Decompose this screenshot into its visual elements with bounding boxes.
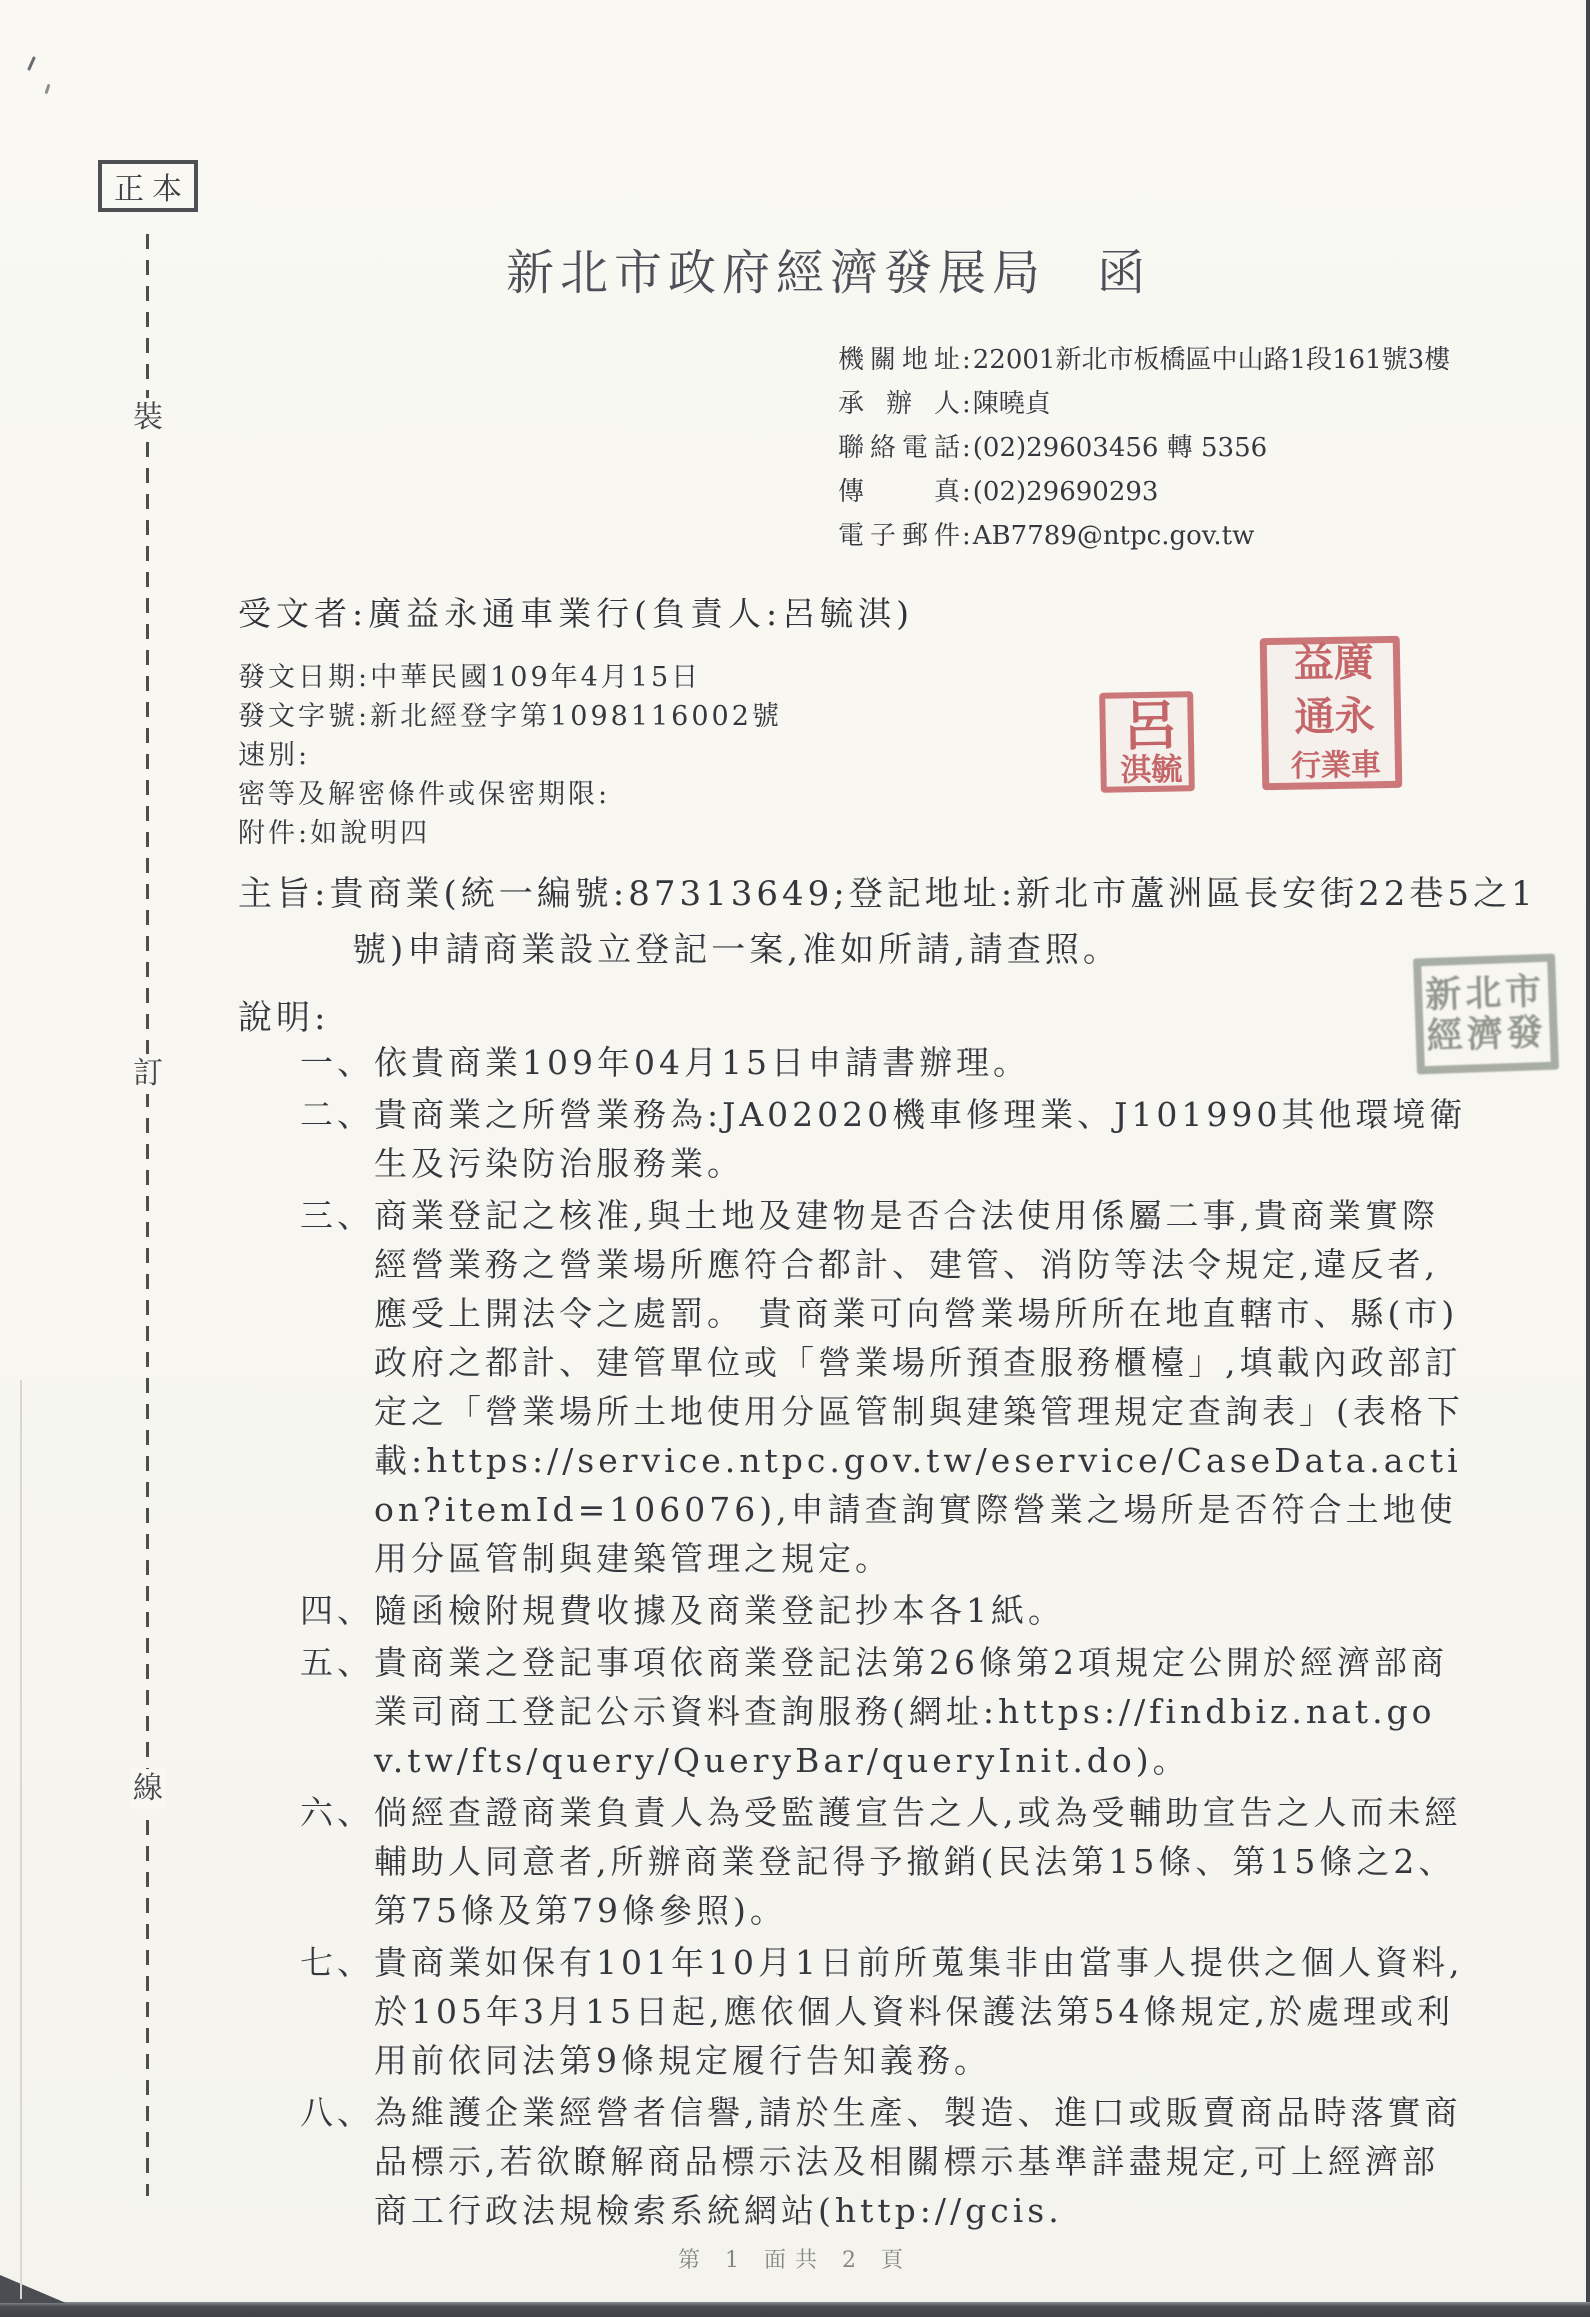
item-number: 二、 bbox=[300, 1095, 374, 1134]
explanation-item-5: 五、貴商業之登記事項依商業登記法第26條第2項規定公開於經濟部商業司商工登記公示… bbox=[300, 1638, 1468, 1785]
agency-email-value: AB7789@ntpc.gov.tw bbox=[973, 521, 1255, 551]
agency-phone-row: 聯絡電話:(02)29603456 轉 5356 bbox=[838, 426, 1450, 470]
explanation-label: 說明: bbox=[238, 990, 329, 1039]
explanation-item-3: 三、商業登記之核准,與土地及建物是否合法使用係屬二事,貴商業實際經營業務之營業場… bbox=[300, 1191, 1468, 1583]
agency-seal-row-top: 新北市 bbox=[1425, 971, 1546, 1017]
agency-title: 新北市政府經濟發展局 bbox=[506, 245, 1046, 301]
scan-edge-right bbox=[1586, 0, 1590, 2317]
scan-corner-bottom-left bbox=[0, 2275, 66, 2303]
item-number: 三、 bbox=[300, 1196, 374, 1235]
scan-edge-bottom bbox=[0, 2302, 1590, 2317]
explanation-item-6: 六、倘經查證商業負責人為受監護宣告之人,或為受輔助宣告之人而未經輔助人同意者,所… bbox=[300, 1788, 1468, 1935]
agency-fax-value: (02)29690293 bbox=[973, 477, 1159, 507]
item-number: 四、 bbox=[300, 1591, 374, 1630]
colon: : bbox=[962, 514, 971, 558]
colon: : bbox=[962, 470, 971, 514]
owner-seal-col-right: 呂 bbox=[1119, 696, 1174, 751]
agency-address-label: 機關地址 bbox=[838, 338, 960, 382]
issue-date-line: 發文日期:中華民國109年4月15日 bbox=[238, 658, 782, 697]
original-copy-label: 正本 bbox=[114, 164, 190, 208]
doc-number-line: 發文字號:新北經登字第1098116002號 bbox=[238, 697, 782, 736]
item-number: 五、 bbox=[300, 1643, 374, 1682]
agency-contact-value: 陳曉貞 bbox=[973, 389, 1051, 419]
scan-noise-mark bbox=[45, 84, 51, 94]
document-meta-block: 發文日期:中華民國109年4月15日 發文字號:新北經登字第1098116002… bbox=[238, 658, 782, 853]
explanation-item-8: 八、為維護企業經營者信譽,請於生產、製造、進口或販賣商品時落實商品標示,若欲瞭解… bbox=[300, 2088, 1468, 2235]
agency-email-label: 電子郵件 bbox=[838, 514, 960, 558]
item-number: 七、 bbox=[300, 1943, 374, 1982]
agency-email-row: 電子郵件:AB7789@ntpc.gov.tw bbox=[838, 514, 1450, 558]
subject-paragraph: 主旨:貴商業(統一編號:87313649;登記地址:新北市蘆洲區長安街22巷5之… bbox=[238, 866, 1552, 978]
colon: : bbox=[962, 338, 971, 382]
explanation-list: 一、依貴商業109年04月15日申請書辦理。 二、貴商業之所營業務為:JA020… bbox=[300, 1038, 1468, 2238]
explanation-item-7: 七、貴商業如保有101年10月1日前所蒐集非由當事人提供之個人資料,於105年3… bbox=[300, 1938, 1468, 2085]
agency-contact-row: 承辦人:陳曉貞 bbox=[838, 382, 1450, 426]
owner-seal-col-left: 毓淇 bbox=[1116, 752, 1179, 788]
explanation-item-2: 二、貴商業之所營業務為:JA02020機車修理業、J101990其他環境衛生及污… bbox=[300, 1090, 1468, 1188]
item-number: 六、 bbox=[300, 1793, 374, 1832]
colon: : bbox=[962, 382, 971, 426]
explanation-item-1: 一、依貴商業109年04月15日申請書辦理。 bbox=[300, 1038, 1468, 1087]
binding-dashed-line bbox=[146, 234, 149, 2196]
document-title-row: 新北市政府經濟發展局 函 bbox=[506, 234, 1145, 303]
colon: : bbox=[962, 426, 971, 470]
item-number: 一、 bbox=[300, 1043, 374, 1082]
agency-phone-label: 聯絡電話 bbox=[838, 426, 960, 470]
binding-mark-xian: 線 bbox=[130, 1769, 166, 1809]
item-text: 商業登記之核准,與土地及建物是否合法使用係屬二事,貴商業實際經營業務之營業場所應… bbox=[374, 1196, 1464, 1578]
scanned-letter-page: 正本 裝 訂 線 新北市政府經濟發展局 函 機關地址:22001新北市板橋區中山… bbox=[0, 0, 1590, 2317]
scan-noise-mark bbox=[27, 56, 36, 71]
item-text: 貴商業之所營業務為:JA02020機車修理業、J101990其他環境衛生及污染防… bbox=[374, 1095, 1466, 1183]
agency-contact-label: 承辦人 bbox=[838, 382, 960, 426]
binding-mark-zhuang: 裝 bbox=[130, 398, 166, 438]
item-number: 八、 bbox=[300, 2093, 374, 2132]
agency-address-row: 機關地址:22001新北市板橋區中山路1段161號3樓 bbox=[838, 338, 1450, 382]
paper-edge-line bbox=[20, 1380, 22, 2299]
business-name-seal: 廣益 永通 車業行 bbox=[1260, 636, 1403, 790]
item-text: 貴商業之登記事項依商業登記法第26條第2項規定公開於經濟部商業司商工登記公示資料… bbox=[374, 1643, 1448, 1780]
agency-fax-row: 傳真:(02)29690293 bbox=[838, 470, 1450, 514]
binding-mark-ding: 訂 bbox=[130, 1054, 166, 1094]
secrecy-line: 密等及解密條件或保密期限: bbox=[238, 775, 782, 814]
owner-name-seal: 呂 毓淇 bbox=[1099, 691, 1195, 793]
business-seal-col-mid: 永通 bbox=[1291, 694, 1372, 749]
speed-class-line: 速別: bbox=[238, 736, 782, 775]
item-text: 貴商業如保有101年10月1日前所蒐集非由當事人提供之個人資料,於105年3月1… bbox=[374, 1943, 1463, 2080]
item-text: 依貴商業109年04月15日申請書辦理。 bbox=[374, 1043, 1030, 1082]
business-seal-col-left: 車業行 bbox=[1287, 748, 1378, 786]
explanation-item-4: 四、隨函檢附規費收據及商業登記抄本各1紙。 bbox=[300, 1586, 1468, 1635]
item-text: 為維護企業經營者信譽,請於生產、製造、進口或販賣商品時落實商品標示,若欲瞭解商品… bbox=[374, 2093, 1462, 2230]
subject-label: 主旨: bbox=[238, 874, 329, 914]
agency-fax-label: 傳真 bbox=[838, 470, 960, 514]
agency-phone-value: (02)29603456 轉 5356 bbox=[973, 433, 1267, 463]
business-seal-col-right: 廣益 bbox=[1290, 640, 1371, 695]
subject-text: 貴商業(統一編號:87313649;登記地址:新北市蘆洲區長安街22巷5之1號)… bbox=[329, 874, 1536, 970]
item-text: 隨函檢附規費收據及商業登記抄本各1紙。 bbox=[374, 1591, 1065, 1630]
item-text: 倘經查證商業負責人為受監護宣告之人,或為受輔助宣告之人而未經輔助人同意者,所辦商… bbox=[374, 1793, 1462, 1930]
doc-type-label: 函 bbox=[1097, 245, 1145, 301]
original-copy-box: 正本 bbox=[98, 160, 198, 212]
recipient-line: 受文者:廣益永通車業行(負責人:呂毓淇) bbox=[238, 588, 914, 635]
agency-info-block: 機關地址:22001新北市板橋區中山路1段161號3樓 承辦人:陳曉貞 聯絡電話… bbox=[838, 338, 1450, 558]
attachment-line: 附件:如說明四 bbox=[238, 814, 782, 853]
page-number-footer: 第 1 面共 2 頁 bbox=[0, 2243, 1590, 2274]
agency-address-value: 22001新北市板橋區中山路1段161號3樓 bbox=[973, 345, 1450, 375]
